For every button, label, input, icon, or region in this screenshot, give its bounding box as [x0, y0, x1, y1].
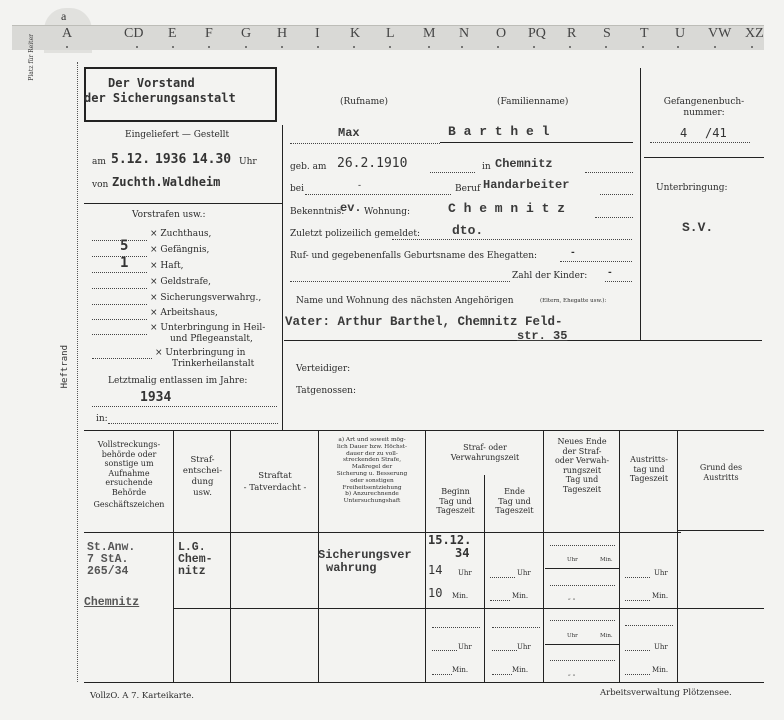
admission-on-label: am	[92, 157, 106, 168]
book-number-divider	[644, 157, 764, 158]
at-value: -	[358, 181, 361, 192]
row1-new-end-min: Min.	[600, 557, 613, 564]
prisoner-book-label-1: Gefangenenbuch-	[648, 97, 760, 108]
admission-from-label: von	[92, 180, 108, 191]
tab-letter-H: H	[277, 26, 287, 42]
relatives-line-2: str. 35	[517, 331, 567, 342]
first-name-value: Max	[338, 128, 360, 139]
row1-end-uhr: Uhr	[517, 569, 531, 578]
last-registered-value: dto.	[452, 225, 483, 236]
children-label: Zahl der Kinder:	[512, 271, 587, 282]
defender-label: Verteidiger:	[296, 364, 350, 375]
row1-end-min-label: Min.	[512, 592, 528, 601]
admission-divider	[84, 203, 282, 204]
tab-letter-VW: VW	[708, 26, 731, 42]
prior-item-trinkerheilanstalt-2: Trinkerheilanstalt	[172, 359, 254, 370]
prisoner-book-number: 4	[680, 128, 687, 139]
tab-letter-CD: CD	[124, 26, 143, 42]
profession-label: Beruf	[455, 184, 480, 195]
prior-item-gefaengnis: × Gefängnis,	[150, 245, 209, 256]
header-begin: BeginnTag undTageszeit	[427, 487, 484, 516]
stamp-line-1: Der Vorstand	[108, 78, 195, 89]
row1-begin-uhr: Uhr	[458, 569, 472, 578]
tab-letter-I: I	[315, 26, 320, 42]
binding-margin-line	[77, 62, 78, 682]
index-card: a Platz für Reiter A CD E F G H I K L M …	[0, 0, 784, 720]
tab-letter-N: N	[459, 26, 469, 42]
tab-letter-A: A	[62, 26, 72, 42]
header-end: EndeTag undTageszeit	[486, 487, 543, 516]
tab-note: Platz für Reiter	[28, 34, 35, 81]
religion-label: Bekenntnis:	[290, 207, 344, 218]
last-name-value: B a r t h e l	[448, 126, 549, 137]
header-period: Straf- oderVerwahrungszeit	[427, 443, 543, 462]
row2-new-end-ditto: „ „	[568, 671, 575, 678]
admission-time-suffix: Uhr	[239, 157, 257, 168]
tab-letter-U: U	[675, 26, 685, 42]
row2-begin-uhr: Uhr	[458, 643, 472, 652]
placement-label: Unterbringung:	[656, 183, 728, 194]
religion-value: ev.	[340, 203, 362, 214]
tab-letter-G: G	[241, 26, 251, 42]
residence-label: Wohnung:	[364, 207, 410, 218]
row2-new-end-uhr: Uhr	[567, 633, 578, 640]
spouse-label: Ruf- und gegebenenfalls Geburtsname des …	[290, 251, 537, 262]
tab-letter-L: L	[386, 26, 395, 42]
tab-letter-K: K	[350, 26, 360, 42]
header-authority: Vollstreckungs-behörde oder sonstige umA…	[86, 440, 172, 510]
row1-begin-year: 34	[455, 548, 469, 559]
row1-exit-uhr: Uhr	[654, 569, 668, 578]
row1-new-end-ditto: „ „	[568, 595, 575, 602]
accomplices-label: Tatgenossen:	[296, 386, 356, 397]
born-in-label: in	[482, 162, 491, 173]
admission-from: Zuchth.Waldheim	[112, 177, 220, 188]
row1-decision: L.G.Chem-nitz	[178, 542, 213, 578]
last-release-year: 1934	[140, 392, 171, 403]
row1-authority-ref: Chemnitz	[84, 597, 139, 608]
prior-item-arbeitshaus: × Arbeitshaus,	[150, 308, 218, 319]
admission-time: 14.30	[192, 154, 231, 165]
placement-value: S.V.	[682, 222, 713, 233]
tab-letter-E: E	[168, 26, 177, 42]
tab-letter-O: O	[496, 26, 506, 42]
admission-label: Eingeliefert — Gestellt	[125, 130, 229, 141]
spouse-value: -	[571, 248, 575, 259]
prior-sentences-title: Vorstrafen usw.:	[132, 210, 206, 221]
prior-item-geldstrafe: × Geldstrafe,	[150, 277, 211, 288]
table-top-border	[84, 430, 764, 431]
tab-letter-F: F	[205, 26, 213, 42]
right-column-divider	[640, 68, 641, 340]
header-reason: Grund desAustritts	[679, 463, 763, 482]
row1-begin-min: 10	[428, 588, 442, 599]
tab-letter-M: M	[423, 26, 435, 42]
tab-letter-R: R	[567, 26, 576, 42]
last-release-in-label: in:	[96, 414, 108, 425]
born-label: geb. am	[290, 162, 326, 173]
prior-item-haft: × Haft,	[150, 261, 183, 272]
last-name-label: (Familienname)	[497, 97, 568, 108]
row1-type: Sicherungsverwahrung	[318, 549, 412, 575]
left-column-divider	[282, 125, 283, 430]
admission-date: 5.12.	[111, 154, 150, 165]
stamp-line-2: der Sicherungsanstalt	[84, 93, 236, 104]
row2-exit-uhr: Uhr	[654, 643, 668, 652]
tab-letter-S: S	[603, 26, 611, 42]
prior-item-trinkerheilanstalt: × Unterbringung in	[155, 348, 245, 359]
first-name-label: (Rufname)	[340, 97, 388, 108]
header-offense: Straftat- Tatverdacht -	[232, 470, 318, 494]
children-value: -	[608, 268, 612, 279]
admission-year: 1936	[155, 154, 186, 165]
last-release-label: Letztmalig entlassen im Jahre:	[108, 376, 247, 387]
row1-begin-date: 15.12.	[428, 535, 471, 546]
prior-item-heilanstalt: × Unterbringung in Heil-	[150, 323, 265, 334]
header-decision: Straf-entschei- dungusw.	[175, 455, 230, 499]
row1-authority: St.Anw.7 StA.265/34	[87, 542, 135, 578]
relatives-label: Name und Wohnung des nächsten Angehörige…	[296, 296, 514, 307]
profession-value: Handarbeiter	[483, 180, 569, 191]
prior-item-sicherungsverwahrung: × Sicherungsverwahrg.,	[150, 293, 261, 304]
printer-note: Arbeitsverwaltung Plötzensee.	[600, 688, 732, 699]
prior-count-haft: 1	[120, 258, 128, 269]
born-date: 26.2.1910	[337, 158, 407, 169]
form-number: VollzO. A 7. Karteikarte.	[90, 691, 194, 702]
header-new-end: Neues Endeder Straf- oder Verwah-rungsze…	[545, 437, 619, 494]
tab-letter-XZ: XZ	[745, 26, 764, 42]
relatives-line-1: Vater: Arthur Barthel, Chemnitz Feld-	[285, 317, 563, 328]
row1-new-end-uhr: Uhr	[567, 557, 578, 564]
born-place: Chemnitz	[495, 159, 553, 170]
relatives-note: (Eltern, Ehegatte usw.):	[540, 298, 606, 305]
at-label: bei	[290, 184, 304, 195]
row2-exit-min-label: Min.	[652, 666, 668, 675]
prior-count-gefaengnis: 5	[120, 241, 128, 252]
residence-value: C h e m n i t z	[448, 203, 565, 214]
prisoner-book-label-2: nummer:	[648, 108, 760, 119]
row1-exit-min-label: Min.	[652, 592, 668, 601]
prior-item-heilanstalt-2: und Pflegeanstalt,	[170, 334, 253, 345]
row2-begin-min-label: Min.	[452, 666, 468, 675]
tab-letter-PQ: PQ	[528, 26, 546, 42]
row2-new-end-min: Min.	[600, 633, 613, 640]
row2-end-min-label: Min.	[512, 666, 528, 675]
row1-begin-min-label: Min.	[452, 592, 468, 601]
header-sentence-type: a) Art und soweit mög-lich Dauer bzw. Hö…	[320, 437, 424, 505]
prisoner-book-year: /41	[705, 128, 727, 139]
raised-tab-letter: a	[61, 9, 66, 24]
header-exit: Austritts-tag undTageszeit	[621, 455, 677, 484]
margin-label: Heftrand	[60, 345, 70, 388]
prior-item-zuchthaus: × Zuchthaus,	[150, 229, 211, 240]
row1-begin-hour: 14	[428, 565, 442, 576]
tab-letter-T: T	[640, 26, 649, 42]
row2-end-uhr: Uhr	[517, 643, 531, 652]
